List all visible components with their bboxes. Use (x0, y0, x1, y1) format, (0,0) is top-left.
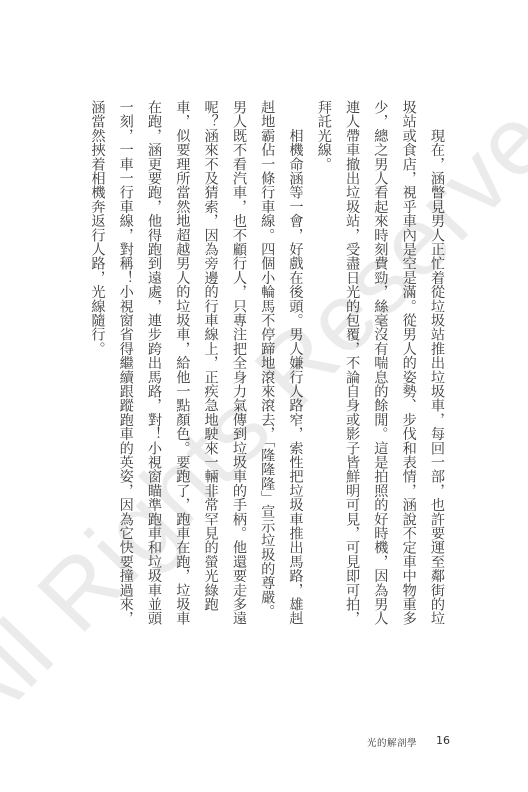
text-column: 車，似要理所當然地超越男人的垃圾車，給他一點顏色。要跑了，跑車在跑，垃圾車 (168, 100, 196, 645)
text-column: 一刻，一車一行車線，對稱！小視窗省得繼續跟蹤跑車的英姿，因為它快要撞過來， (111, 100, 139, 645)
text-column: 呢？涵來不及猜索，因為旁邊的行車線上，正疾急地駛來一輛非常罕見的螢光綠跑 (196, 100, 224, 645)
text-column: 赳地霸佔一條行車線。四個小輪馬不停蹄地滾來滾去，「隆隆隆」宣示垃圾的尊嚴。 (253, 100, 281, 645)
vertical-body-text: 現在，涵瞥見男人正忙着從垃圾站推出垃圾車，每回一部，也許要運至鄰街的垃 圾站或食… (83, 100, 451, 645)
text-column: 少，總之男人看起來時刻費勁，絲毫沒有喘息的餘閒。這是拍照的好時機，因為男人 (366, 100, 394, 645)
text-column: 連人帶車撤出垃圾站，受盡日光的包覆，不論自身或影子皆鮮明可見，可見即可拍， (338, 100, 366, 645)
text-column: 涵當然挾着相機奔返行人路，光線隨行。 (83, 100, 111, 645)
text-column: 男人既不看汽車，也不顧行人，只專注把全身力氣傳到垃圾車的手柄。他還要走多遠 (225, 100, 253, 645)
page-number: 16 (436, 734, 450, 747)
text-column: 相機命涵等一會，好戲在後頭。男人嫌行人路窄，索性把垃圾車推出馬路，雄赳 (281, 100, 309, 645)
text-column: 在跑，涵更要跑，他得跑到遠處，連步跨出馬路，對！小視窗瞄準跑車和垃圾車並頭 (140, 100, 168, 645)
running-book-title: 光的解剖學 (367, 735, 417, 749)
text-column: 現在，涵瞥見男人正忙着從垃圾站推出垃圾車，每回一部，也許要運至鄰街的垃 (423, 100, 451, 645)
text-column: 圾站或食店，視乎車內是空是滿。從男人的姿勢、步伐和表情，涵說不定車中物重多 (394, 100, 422, 645)
text-column: 拜託光線。 (310, 100, 338, 645)
book-page: All Rights Reserved 現在，涵瞥見男人正忙着從垃圾站推出垃圾車… (0, 0, 528, 792)
